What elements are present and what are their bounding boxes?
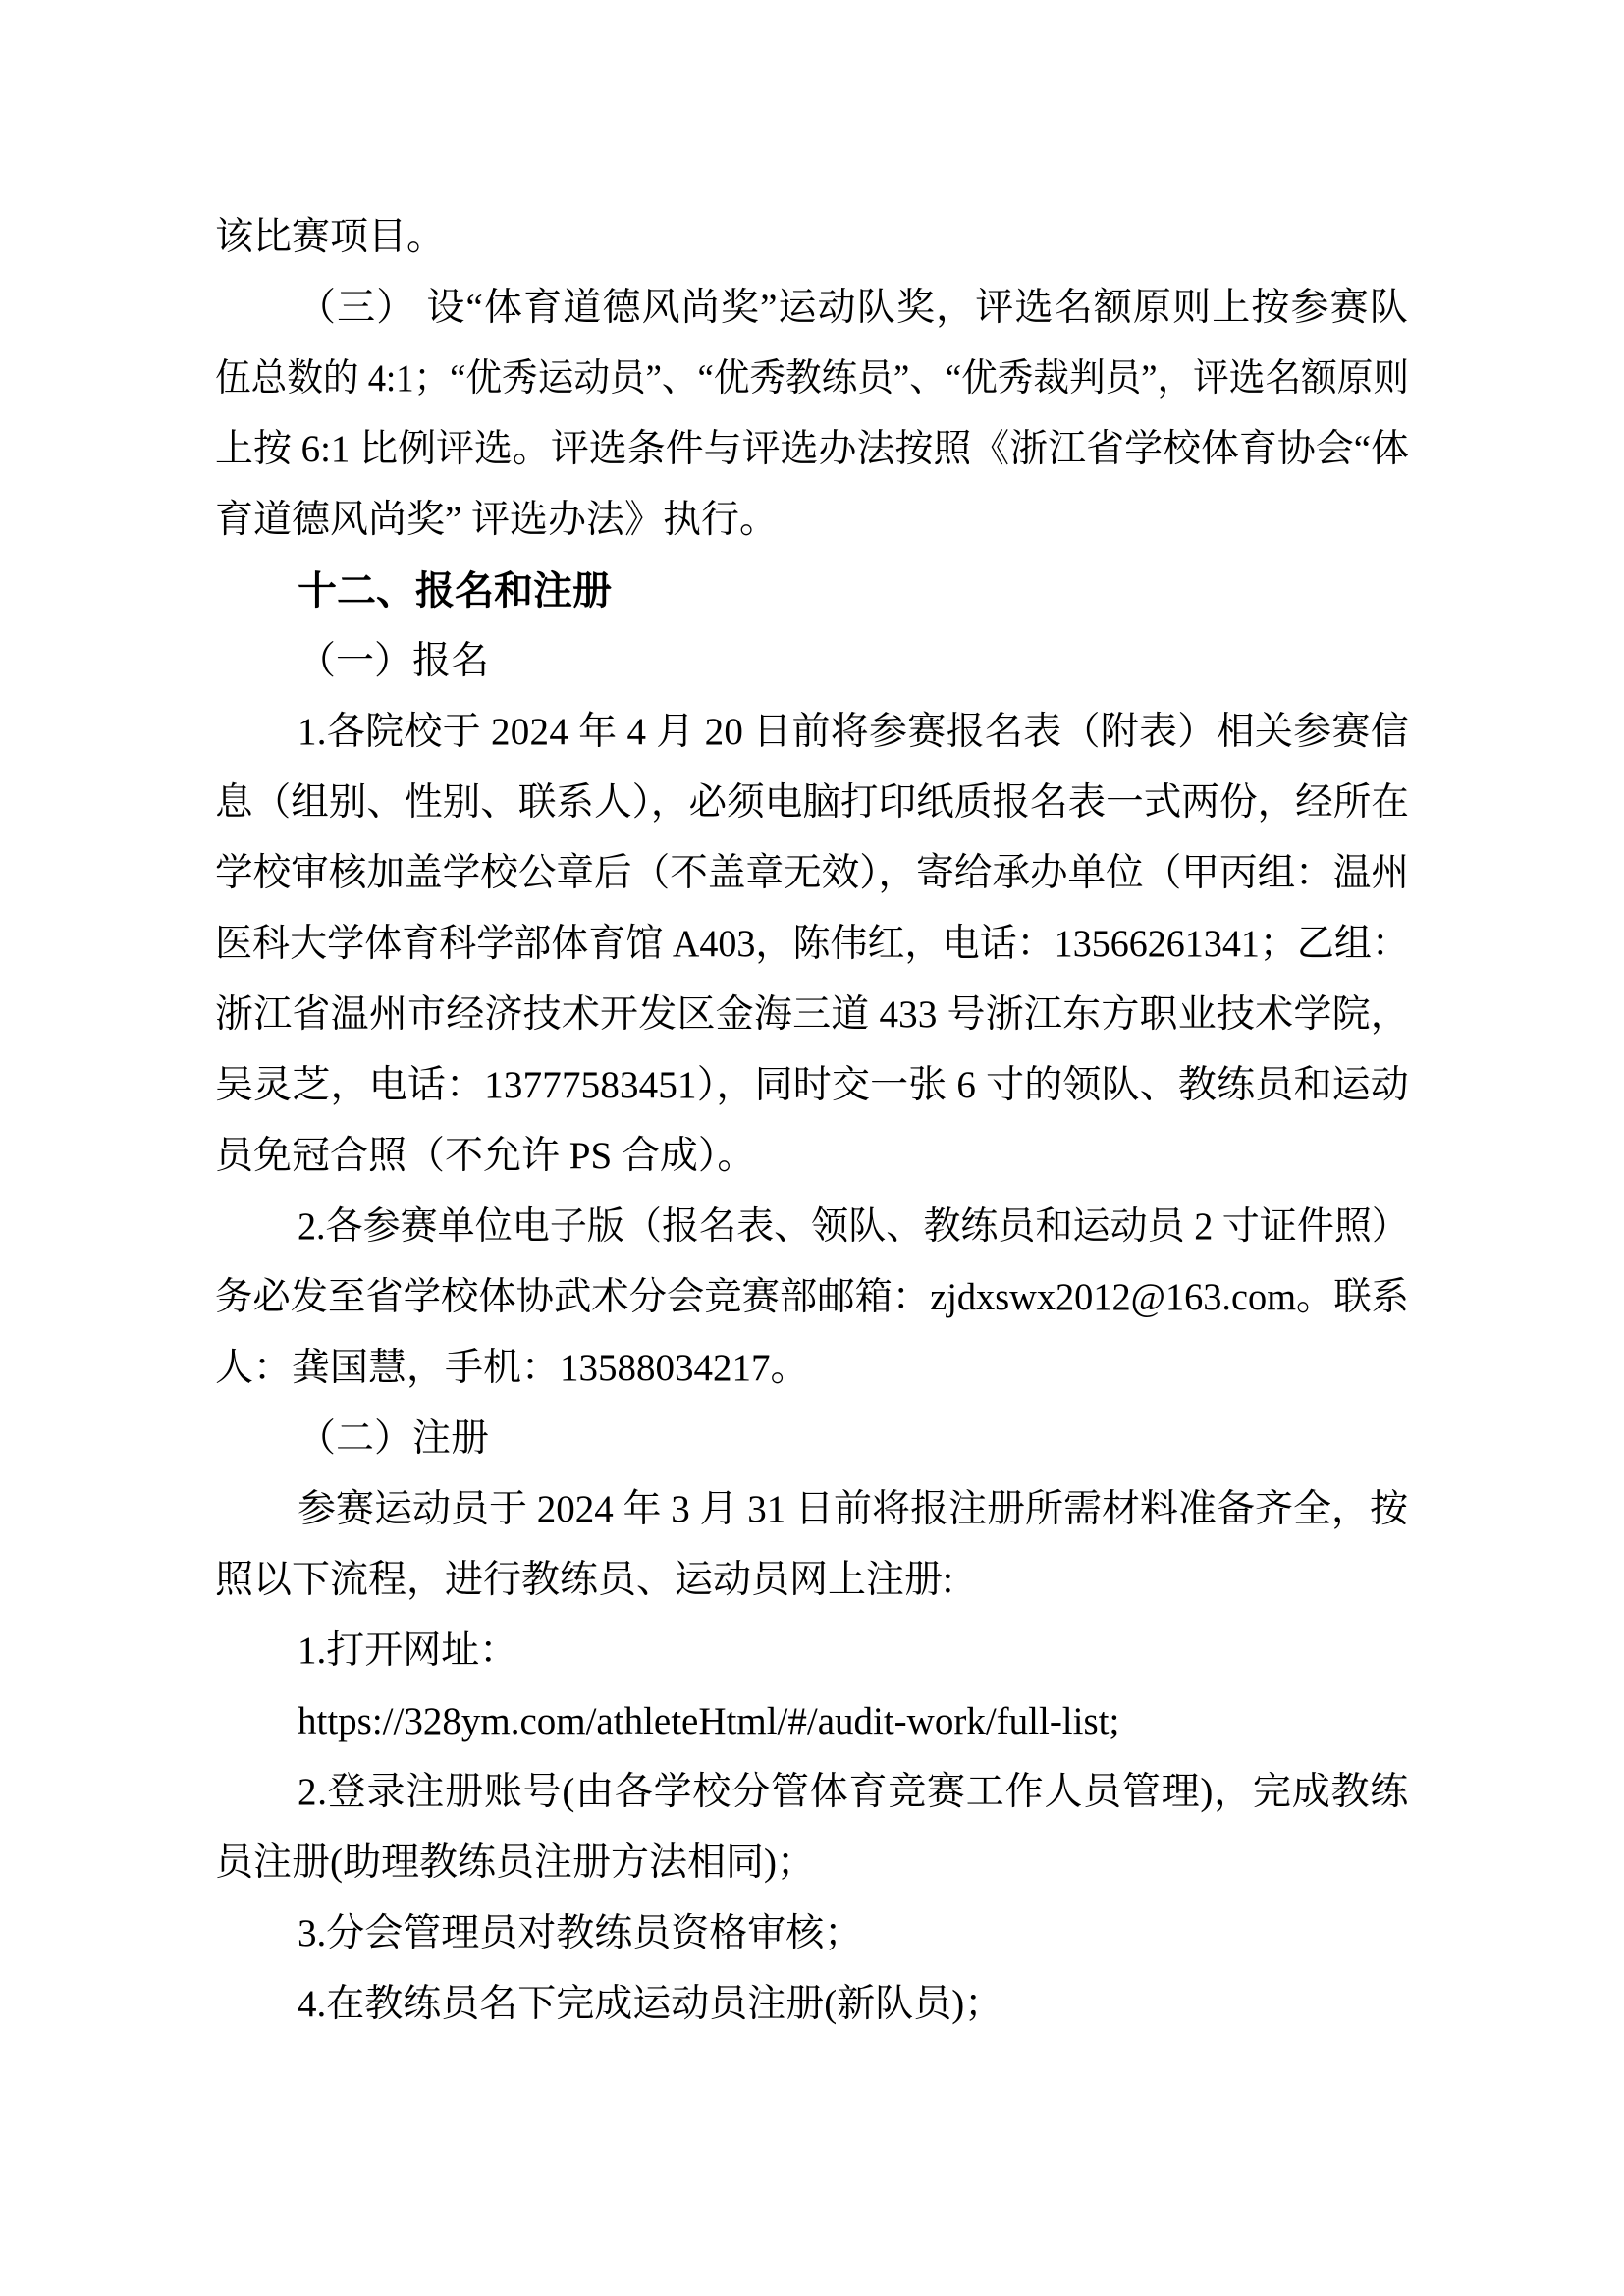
text-line-text: 十二、报名和注册 — [298, 556, 612, 626]
text-line: 4.在教练员名下完成运动员注册(新队员)； — [215, 1969, 1409, 2040]
document-page: 该比赛项目。（三） 设“体育道德风尚奖”运动队奖，评选名额原则上按参赛队伍总数的… — [0, 0, 1624, 2296]
text-line: 该比赛项目。 — [215, 202, 1409, 273]
text-line-text: 该比赛项目。 — [215, 202, 445, 273]
text-line-text: 3.分会管理员对教练员资格审核； — [298, 1898, 862, 1969]
text-line-text: 医科大学体育科学部体育馆 A403，陈伟红，电话：13566261341；乙组： — [215, 909, 1409, 980]
text-line-text: 照以下流程，进行教练员、运动员网上注册: — [215, 1545, 953, 1616]
text-line: 员注册(助理教练员注册方法相同)； — [215, 1828, 1409, 1898]
text-line-text: 2.登录注册账号(由各学校分管体育竞赛工作人员管理)，完成教练 — [298, 1757, 1409, 1828]
text-line: （三） 设“体育道德风尚奖”运动队奖，评选名额原则上按参赛队 — [215, 273, 1409, 344]
text-line: 浙江省温州市经济技术开发区金海三道 433 号浙江东方职业技术学院， — [215, 980, 1409, 1050]
text-line-text: 育道德风尚奖” 评选办法》执行。 — [215, 485, 778, 556]
text-line-text: 员注册(助理教练员注册方法相同)； — [215, 1828, 815, 1898]
text-line-text: 4.在教练员名下完成运动员注册(新队员)； — [298, 1969, 1002, 2040]
text-line: 参赛运动员于 2024 年 3 月 31 日前将报注册所需材料准备齐全，按 — [215, 1474, 1409, 1545]
text-line-text: （一）报名 — [298, 626, 489, 697]
text-line: 照以下流程，进行教练员、运动员网上注册: — [215, 1545, 1409, 1616]
text-line-text: 1.各院校于 2024 年 4 月 20 日前将参赛报名表（附表）相关参赛信 — [298, 697, 1409, 768]
text-line-text: 吴灵芝，电话：13777583451），同时交一张 6 寸的领队、教练员和运动 — [215, 1050, 1409, 1121]
text-line-text: 参赛运动员于 2024 年 3 月 31 日前将报注册所需材料准备齐全，按 — [298, 1474, 1408, 1545]
text-line-text: 1.打开网址： — [298, 1616, 517, 1686]
text-line-text: 学校审核加盖学校公章后（不盖章无效），寄给承办单位（甲丙组：温州 — [215, 838, 1409, 909]
text-line: https://328ym.com/athleteHtml/#/audit-wo… — [215, 1686, 1409, 1757]
text-line-text: 务必发至省学校体协武术分会竞赛部邮箱：zjdxswx2012@163.com。联… — [215, 1262, 1409, 1333]
text-line: 1.各院校于 2024 年 4 月 20 日前将参赛报名表（附表）相关参赛信 — [215, 697, 1409, 768]
text-line: 3.分会管理员对教练员资格审核； — [215, 1898, 1409, 1969]
text-line: 2.登录注册账号(由各学校分管体育竞赛工作人员管理)，完成教练 — [215, 1757, 1409, 1828]
text-line: 员免冠合照（不允许 PS 合成）。 — [215, 1121, 1409, 1192]
text-line-text: 员免冠合照（不允许 PS 合成）。 — [215, 1121, 755, 1192]
text-line: 2.各参赛单位电子版（报名表、领队、教练员和运动员 2 寸证件照） — [215, 1192, 1409, 1262]
text-block: 该比赛项目。（三） 设“体育道德风尚奖”运动队奖，评选名额原则上按参赛队伍总数的… — [215, 202, 1409, 2040]
text-line: 上按 6:1 比例评选。评选条件与评选办法按照《浙江省学校体育协会“体 — [215, 414, 1409, 485]
text-line-text: 伍总数的 4:1；“优秀运动员”、“优秀教练员”、“优秀裁判员”，评选名额原则 — [215, 344, 1409, 414]
text-line: 伍总数的 4:1；“优秀运动员”、“优秀教练员”、“优秀裁判员”，评选名额原则 — [215, 344, 1409, 414]
text-line-text: https://328ym.com/athleteHtml/#/audit-wo… — [298, 1686, 1119, 1757]
text-line: 息（组别、性别、联系人），必须电脑打印纸质报名表一式两份，经所在 — [215, 768, 1409, 838]
text-line-text: 上按 6:1 比例评选。评选条件与评选办法按照《浙江省学校体育协会“体 — [215, 414, 1409, 485]
text-line-text: 2.各参赛单位电子版（报名表、领队、教练员和运动员 2 寸证件照） — [298, 1192, 1409, 1262]
text-line-text: （二）注册 — [298, 1404, 489, 1474]
text-line: 吴灵芝，电话：13777583451），同时交一张 6 寸的领队、教练员和运动 — [215, 1050, 1409, 1121]
text-line-text: 浙江省温州市经济技术开发区金海三道 433 号浙江东方职业技术学院， — [215, 980, 1409, 1050]
text-line: （一）报名 — [215, 626, 1409, 697]
text-line: （二）注册 — [215, 1404, 1409, 1474]
section-heading: 十二、报名和注册 — [215, 556, 1409, 626]
text-line: 育道德风尚奖” 评选办法》执行。 — [215, 485, 1409, 556]
text-line: 1.打开网址： — [215, 1616, 1409, 1686]
text-line-text: 息（组别、性别、联系人），必须电脑打印纸质报名表一式两份，经所在 — [215, 768, 1409, 838]
text-line: 务必发至省学校体协武术分会竞赛部邮箱：zjdxswx2012@163.com。联… — [215, 1262, 1409, 1333]
text-line: 医科大学体育科学部体育馆 A403，陈伟红，电话：13566261341；乙组： — [215, 909, 1409, 980]
text-line: 学校审核加盖学校公章后（不盖章无效），寄给承办单位（甲丙组：温州 — [215, 838, 1409, 909]
text-line: 人：龚国慧，手机：13588034217。 — [215, 1333, 1409, 1404]
text-line-text: 人：龚国慧，手机：13588034217。 — [215, 1333, 809, 1404]
text-line-text: （三） 设“体育道德风尚奖”运动队奖，评选名额原则上按参赛队 — [298, 273, 1409, 344]
